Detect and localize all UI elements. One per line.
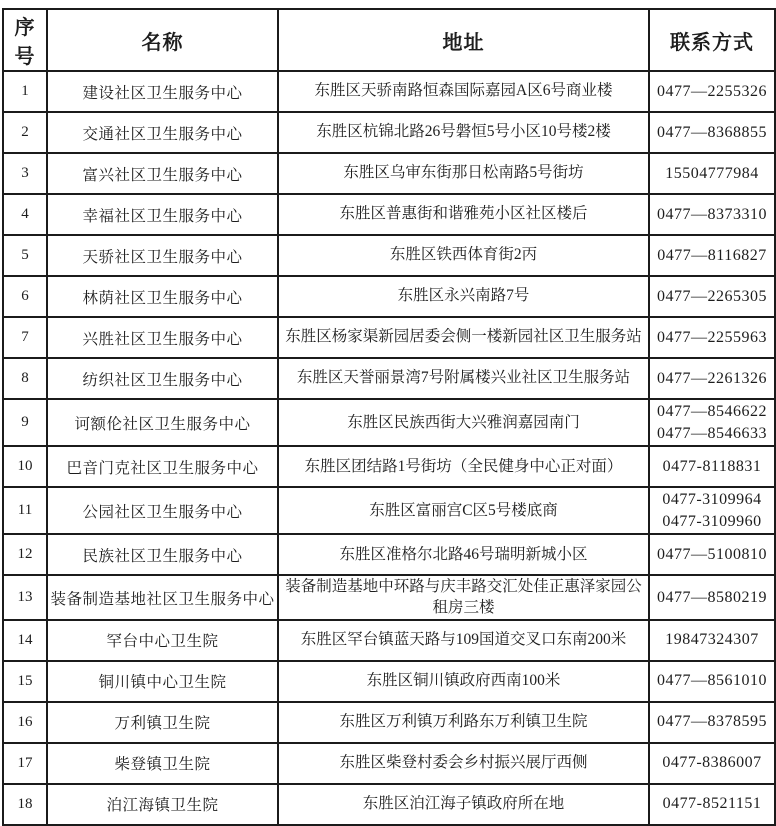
row-index: 18 [3, 784, 47, 825]
center-name: 兴胜社区卫生服务中心 [47, 317, 278, 358]
header-row: 序号 名称 地址 联系方式 [3, 9, 775, 71]
table-header: 序号 名称 地址 联系方式 [3, 9, 775, 71]
center-contact: 0477—8116827 [649, 235, 775, 276]
center-contact: 0477—8561010 [649, 661, 775, 702]
row-index: 14 [3, 620, 47, 661]
health-center-directory-page: 序号 名称 地址 联系方式 1 建设社区卫生服务中心 东胜区天骄南路恒森国际嘉园… [0, 0, 776, 761]
table-row: 3 富兴社区卫生服务中心 东胜区乌审东街那日松南路5号街坊 1550477798… [3, 153, 775, 194]
row-index: 5 [3, 235, 47, 276]
center-contact: 0477—8368855 [649, 112, 775, 153]
center-contact: 0477—8580219 [649, 575, 775, 619]
center-contact: 0477—2255963 [649, 317, 775, 358]
table-row: 9 诃额伦社区卫生服务中心 东胜区民族西街大兴雅润嘉园南门 0477—85466… [3, 399, 775, 446]
row-index: 10 [3, 446, 47, 487]
table-row: 6 林荫社区卫生服务中心 东胜区永兴南路7号 0477—2265305 [3, 276, 775, 317]
table-row: 2 交通社区卫生服务中心 东胜区杭锦北路26号磐恒5号小区10号楼2楼 0477… [3, 112, 775, 153]
column-header-name: 名称 [47, 9, 278, 71]
center-contact: 0477—5100810 [649, 534, 775, 575]
center-name: 天骄社区卫生服务中心 [47, 235, 278, 276]
table-row: 1 建设社区卫生服务中心 东胜区天骄南路恒森国际嘉园A区6号商业楼 0477—2… [3, 71, 775, 112]
center-contact: 0477—8373310 [649, 194, 775, 235]
center-name: 铜川镇中心卫生院 [47, 661, 278, 702]
center-address: 东胜区万利镇万利路东万利镇卫生院 [278, 702, 649, 743]
center-address: 东胜区准格尔北路46号瑞明新城小区 [278, 534, 649, 575]
center-name: 公园社区卫生服务中心 [47, 487, 278, 534]
center-contact: 0477—8546622 0477—8546633 [649, 399, 775, 446]
center-address: 东胜区永兴南路7号 [278, 276, 649, 317]
center-name: 纺织社区卫生服务中心 [47, 358, 278, 399]
center-address: 东胜区柴登村委会乡村振兴展厅西侧 [278, 743, 649, 784]
center-contact: 15504777984 [649, 153, 775, 194]
health-center-directory-table: 序号 名称 地址 联系方式 1 建设社区卫生服务中心 东胜区天骄南路恒森国际嘉园… [2, 8, 776, 826]
row-index: 7 [3, 317, 47, 358]
center-name: 林荫社区卫生服务中心 [47, 276, 278, 317]
row-index: 12 [3, 534, 47, 575]
table-row: 13 装备制造基地社区卫生服务中心 装备制造基地中环路与庆丰路交汇处佳正惠泽家园… [3, 575, 775, 619]
center-name: 诃额伦社区卫生服务中心 [47, 399, 278, 446]
center-address: 东胜区普惠街和谐雅苑小区社区楼后 [278, 194, 649, 235]
center-address: 装备制造基地中环路与庆丰路交汇处佳正惠泽家园公租房三楼 [278, 575, 649, 619]
column-header-address: 地址 [278, 9, 649, 71]
center-address: 东胜区乌审东街那日松南路5号街坊 [278, 153, 649, 194]
center-name: 泊江海镇卫生院 [47, 784, 278, 825]
center-contact: 0477-8521151 [649, 784, 775, 825]
table-row: 5 天骄社区卫生服务中心 东胜区铁西体育街2丙 0477—8116827 [3, 235, 775, 276]
center-address: 东胜区铁西体育街2丙 [278, 235, 649, 276]
center-contact: 0477—2265305 [649, 276, 775, 317]
table-row: 17 柴登镇卫生院 东胜区柴登村委会乡村振兴展厅西侧 0477-8386007 [3, 743, 775, 784]
table-row: 4 幸福社区卫生服务中心 东胜区普惠街和谐雅苑小区社区楼后 0477—83733… [3, 194, 775, 235]
center-address: 东胜区杭锦北路26号磐恒5号小区10号楼2楼 [278, 112, 649, 153]
center-name: 柴登镇卫生院 [47, 743, 278, 784]
row-index: 4 [3, 194, 47, 235]
row-index: 1 [3, 71, 47, 112]
center-address: 东胜区富丽宫C区5号楼底商 [278, 487, 649, 534]
row-index: 9 [3, 399, 47, 446]
center-contact: 0477-8386007 [649, 743, 775, 784]
center-address: 东胜区天誉丽景湾7号附属楼兴业社区卫生服务站 [278, 358, 649, 399]
table-body: 1 建设社区卫生服务中心 东胜区天骄南路恒森国际嘉园A区6号商业楼 0477—2… [3, 71, 775, 825]
table-row: 7 兴胜社区卫生服务中心 东胜区杨家渠新园居委会侧一楼新园社区卫生服务站 047… [3, 317, 775, 358]
center-address: 东胜区天骄南路恒森国际嘉园A区6号商业楼 [278, 71, 649, 112]
center-name: 巴音门克社区卫生服务中心 [47, 446, 278, 487]
center-contact: 0477-3109964 0477-3109960 [649, 487, 775, 534]
center-address: 东胜区罕台镇蓝天路与109国道交叉口东南200米 [278, 620, 649, 661]
table-row: 12 民族社区卫生服务中心 东胜区准格尔北路46号瑞明新城小区 0477—510… [3, 534, 775, 575]
row-index: 2 [3, 112, 47, 153]
table-row: 15 铜川镇中心卫生院 东胜区铜川镇政府西南100米 0477—8561010 [3, 661, 775, 702]
center-address: 东胜区泊江海子镇政府所在地 [278, 784, 649, 825]
center-address: 东胜区杨家渠新园居委会侧一楼新园社区卫生服务站 [278, 317, 649, 358]
center-name: 富兴社区卫生服务中心 [47, 153, 278, 194]
table-row: 16 万利镇卫生院 东胜区万利镇万利路东万利镇卫生院 0477—8378595 [3, 702, 775, 743]
row-index: 8 [3, 358, 47, 399]
table-row: 10 巴音门克社区卫生服务中心 东胜区团结路1号街坊（全民健身中心正对面） 04… [3, 446, 775, 487]
center-contact: 19847324307 [649, 620, 775, 661]
row-index: 13 [3, 575, 47, 619]
row-index: 17 [3, 743, 47, 784]
center-name: 交通社区卫生服务中心 [47, 112, 278, 153]
center-name: 万利镇卫生院 [47, 702, 278, 743]
center-address: 东胜区民族西街大兴雅润嘉园南门 [278, 399, 649, 446]
table-row: 8 纺织社区卫生服务中心 东胜区天誉丽景湾7号附属楼兴业社区卫生服务站 0477… [3, 358, 775, 399]
center-contact: 0477—2255326 [649, 71, 775, 112]
center-address: 东胜区团结路1号街坊（全民健身中心正对面） [278, 446, 649, 487]
column-header-contact: 联系方式 [649, 9, 775, 71]
center-name: 装备制造基地社区卫生服务中心 [47, 575, 278, 619]
center-contact: 0477-8118831 [649, 446, 775, 487]
row-index: 11 [3, 487, 47, 534]
row-index: 3 [3, 153, 47, 194]
row-index: 16 [3, 702, 47, 743]
center-name: 幸福社区卫生服务中心 [47, 194, 278, 235]
table-row: 11 公园社区卫生服务中心 东胜区富丽宫C区5号楼底商 0477-3109964… [3, 487, 775, 534]
table-row: 14 罕台中心卫生院 东胜区罕台镇蓝天路与109国道交叉口东南200米 1984… [3, 620, 775, 661]
table-row: 18 泊江海镇卫生院 东胜区泊江海子镇政府所在地 0477-8521151 [3, 784, 775, 825]
center-name: 建设社区卫生服务中心 [47, 71, 278, 112]
center-contact: 0477—2261326 [649, 358, 775, 399]
row-index: 6 [3, 276, 47, 317]
center-contact: 0477—8378595 [649, 702, 775, 743]
row-index: 15 [3, 661, 47, 702]
center-name: 民族社区卫生服务中心 [47, 534, 278, 575]
column-header-index: 序号 [3, 9, 47, 71]
center-address: 东胜区铜川镇政府西南100米 [278, 661, 649, 702]
center-name: 罕台中心卫生院 [47, 620, 278, 661]
